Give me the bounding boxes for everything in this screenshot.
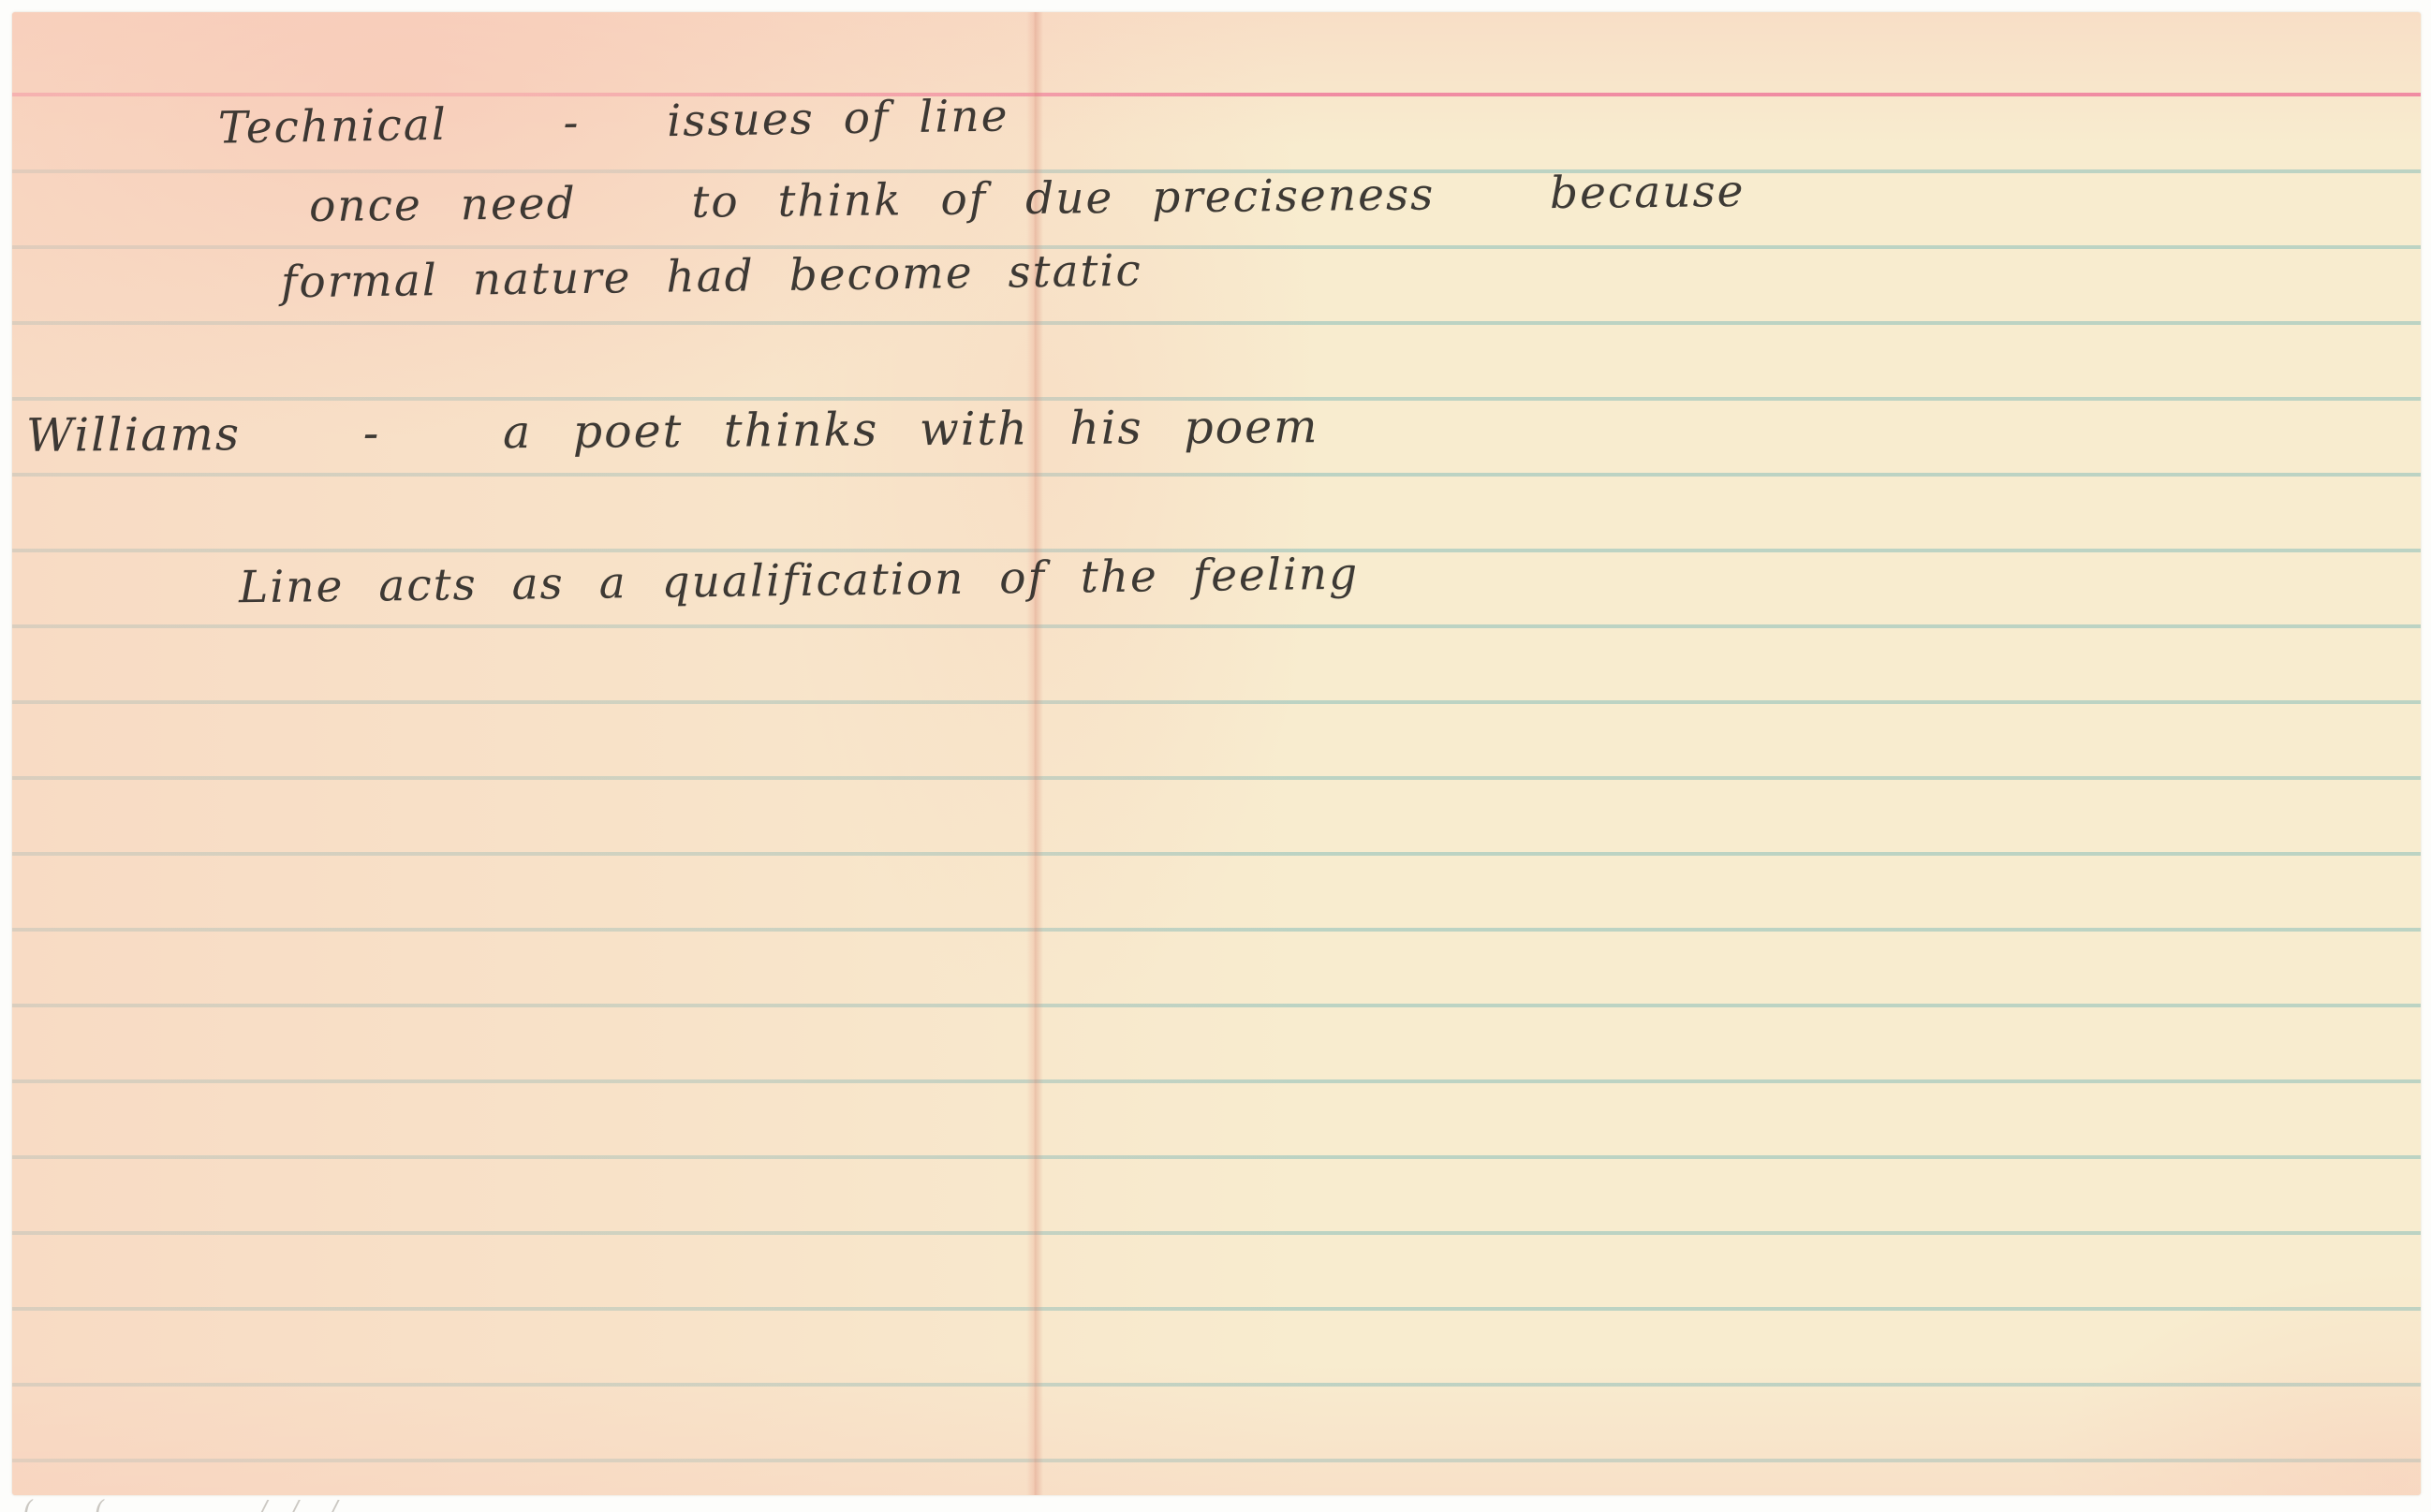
headline-rule	[12, 93, 2421, 96]
scanned-page: Technical - issues of line once need to …	[0, 0, 2431, 1512]
handwritten-line-1: Technical - issues of line	[218, 92, 1009, 153]
index-card: Technical - issues of line once need to …	[12, 12, 2421, 1495]
handwritten-line-4: Williams - a poet thinks with his poem	[26, 402, 1319, 462]
handwritten-line-3: formal nature had become static	[281, 247, 1142, 308]
ruled-lines	[12, 169, 2421, 1463]
under-card-ink-traces: ( ( / / /	[0, 1496, 2431, 1512]
fold-crease	[1026, 12, 1043, 1495]
